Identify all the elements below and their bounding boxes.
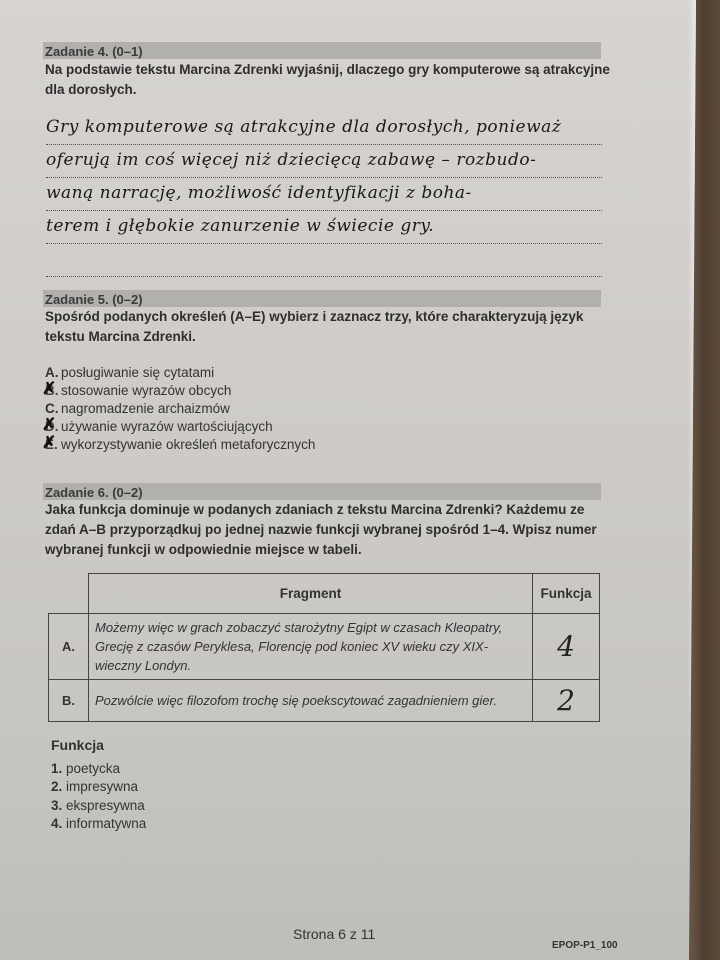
option-text: nagromadzenie archaizmów [61, 400, 230, 418]
x-mark-icon: E. [45, 436, 61, 454]
option-c[interactable]: C.nagromadzenie archaizmów [45, 400, 315, 418]
handwritten-text: oferują im coś więcej niż dziecięcą zaba… [46, 150, 536, 170]
function-list: Funkcja 1. poetycka 2. impresywna 3. eks… [51, 736, 146, 834]
option-d[interactable]: D.używanie wyrazów wartościujących [45, 418, 315, 436]
function-list-title: Funkcja [51, 736, 146, 755]
answer-line[interactable]: Gry komputerowe są atrakcyjne dla dorosł… [46, 112, 602, 145]
option-e[interactable]: E.wykorzystywanie określeń metaforycznyc… [45, 436, 315, 454]
answer-line[interactable]: terem i głębokie zanurzenie w świecie gr… [46, 211, 602, 244]
task5-question: Spośród podanych określeń (A–E) wybierz … [45, 307, 615, 347]
answer-line[interactable] [46, 244, 602, 277]
column-header-fragment: Fragment [89, 574, 533, 614]
table-row: A. Możemy więc w grach zobaczyć starożyt… [49, 614, 600, 680]
handwritten-text: Gry komputerowe są atrakcyjne dla dorosł… [46, 117, 561, 137]
task6-header: Zadanie 6. (0–2) [43, 483, 601, 500]
column-header-funkcja: Funkcja [533, 574, 600, 614]
page-number: Strona 6 z 11 [293, 926, 375, 942]
handwritten-text: terem i głębokie zanurzenie w świecie gr… [46, 216, 434, 236]
row-label: B. [49, 680, 89, 722]
option-text: używanie wyrazów wartościujących [61, 418, 273, 436]
x-mark-icon: B. [45, 382, 61, 400]
handwritten-text: waną narrację, możliwość identyfikacji z… [46, 183, 472, 203]
option-text: wykorzystywanie określeń metaforycznych [61, 436, 315, 454]
fragment-text: Możemy więc w grach zobaczyć starożytny … [89, 614, 533, 680]
option-text: stosowanie wyrazów obcych [61, 382, 231, 400]
empty-cell [49, 574, 89, 614]
function-answer-field[interactable]: 4 [533, 614, 600, 680]
table-row: B. Pozwólcie więc filozofom trochę się p… [49, 680, 600, 722]
task5-options: A.posługiwanie się cytatami B.stosowanie… [45, 364, 315, 454]
fragment-text: Pozwólcie więc filozofom trochę się poek… [89, 680, 533, 722]
function-item: 4. informatywna [51, 815, 146, 834]
option-a[interactable]: A.posługiwanie się cytatami [45, 364, 315, 382]
fragment-table: Fragment Funkcja A. Możemy więc w grach … [48, 573, 600, 722]
task4-header: Zadanie 4. (0–1) [43, 42, 601, 59]
task6-question: Jaka funkcja dominuje w podanych zdaniac… [45, 500, 615, 560]
function-item: 2. impresywna [51, 778, 146, 797]
function-item: 1. poetycka [51, 760, 146, 779]
task4-question: Na podstawie tekstu Marcina Zdrenki wyja… [45, 60, 615, 100]
task5-header: Zadanie 5. (0–2) [43, 290, 601, 307]
answer-line[interactable]: waną narrację, możliwość identyfikacji z… [46, 178, 602, 211]
row-label: A. [49, 614, 89, 680]
task4-answer-area[interactable]: Gry komputerowe są atrakcyjne dla dorosł… [46, 112, 602, 277]
option-b[interactable]: B.stosowanie wyrazów obcych [45, 382, 315, 400]
answer-line[interactable]: oferują im coś więcej niż dziecięcą zaba… [46, 145, 602, 178]
exam-code: EPOP-P1_100 [552, 940, 618, 951]
option-text: posługiwanie się cytatami [61, 364, 214, 382]
function-answer-field[interactable]: 2 [533, 680, 600, 722]
function-item: 3. ekspresywna [51, 797, 146, 816]
